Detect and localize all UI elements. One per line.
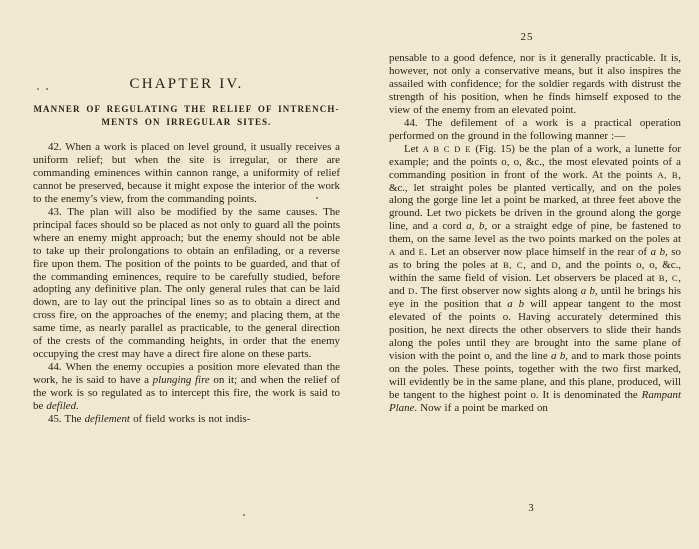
paragraph: 44. The defilement of a work is a practi…	[389, 117, 681, 143]
text-run: defiled	[46, 400, 76, 412]
book-spread: 25 CHAPTER IV. MANNER OF REGULATING THE …	[0, 0, 699, 549]
text-run: a b	[507, 298, 524, 310]
text-run: B, C	[503, 260, 523, 270]
text-run: .	[76, 400, 79, 412]
text-run: , and	[523, 259, 551, 271]
section-heading-line-1: MANNER OF REGULATING THE RELIEF OF INTRE…	[33, 104, 339, 114]
text-run: A B C D E	[423, 144, 471, 154]
text-run: and	[396, 246, 419, 258]
text-run: D	[408, 286, 415, 296]
text-run: . Now if a point be marked on	[414, 402, 547, 414]
page-number: 25	[389, 31, 665, 43]
ink-speck	[316, 197, 318, 199]
left-page-column: CHAPTER IV. MANNER OF REGULATING THE REL…	[33, 76, 340, 426]
left-page-body-text: 42. When a work is placed on level groun…	[33, 141, 340, 426]
paragraph: pensable to a good defence, nor is it ge…	[389, 52, 681, 117]
text-run: a, b	[466, 220, 484, 232]
text-run: of field works is not indis-	[130, 413, 250, 425]
text-run: . Let an observer now place himself in t…	[424, 246, 650, 258]
text-run: 45. The	[48, 413, 85, 425]
text-run: Let	[404, 143, 423, 155]
text-run: plunging fire	[153, 374, 210, 386]
text-run: A, B	[657, 170, 678, 180]
ink-speck	[46, 88, 48, 90]
text-run: A	[389, 247, 396, 257]
text-run: pensable to a good defence, nor is it ge…	[389, 52, 681, 116]
text-run: defilement	[85, 413, 130, 425]
right-page-body-text: pensable to a good defence, nor is it ge…	[389, 52, 681, 415]
chapter-heading: CHAPTER IV.	[33, 76, 340, 93]
ink-speck	[37, 88, 39, 90]
text-run: 44. The defilement of a work is a practi…	[389, 117, 681, 142]
paragraph: 42. When a work is placed on level groun…	[33, 141, 340, 206]
text-run: a b	[581, 285, 595, 297]
text-run: . The first observer now sights along	[415, 285, 581, 297]
text-run: a b	[551, 350, 565, 362]
ink-speck	[243, 514, 245, 516]
text-run: ,	[665, 272, 672, 284]
section-heading-line-2: MENTS ON IRREGULAR SITES.	[101, 117, 271, 127]
text-run: 43. The plan will also be modified by th…	[33, 206, 340, 360]
paragraph: 45. The defilement of field works is not…	[33, 413, 340, 426]
paragraph: 43. The plan will also be modified by th…	[33, 206, 340, 361]
section-heading: MANNER OF REGULATING THE RELIEF OF INTRE…	[33, 103, 340, 129]
paragraph: Let A B C D E (Fig. 15) be the plan of a…	[389, 143, 681, 415]
text-run: 42. When a work is placed on level groun…	[33, 141, 340, 205]
paragraph: 44. When the enemy occupies a position m…	[33, 361, 340, 413]
right-page-column: pensable to a good defence, nor is it ge…	[389, 52, 681, 415]
signature-mark: 3	[389, 503, 673, 514]
text-run: a b	[651, 246, 665, 258]
